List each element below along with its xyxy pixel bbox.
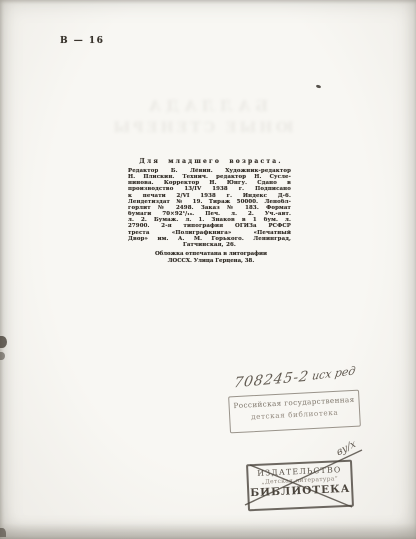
colophon-line: производство 13/IV 1938 г. Подписано xyxy=(128,186,291,192)
handwritten-inventory-number: 708245-2 xyxy=(233,369,310,392)
colophon-line: Гатчинская, 26. xyxy=(128,242,291,248)
cover-imprint: Обложка отпечатана в литографии ЛОССХ. У… xyxy=(128,251,294,264)
colophon-line: Двор» им. А. М. Горького. Ленинград, xyxy=(128,236,291,242)
colophon-line: 27900. 2-я типография ОГИЗа РСФСР xyxy=(128,223,291,229)
handwritten-inventory-note: исх ред xyxy=(311,364,356,383)
audience-note: Для младшего возраста. xyxy=(128,158,294,165)
publisher-stamp: ИЗДАТЕЛЬСТВО „Детская литература“ БИБЛИО… xyxy=(246,460,354,512)
scanned-page: В — 16 БАЛЛАДА ЮНЫЕ СТЕНЕРЫ Для младшего… xyxy=(0,0,416,539)
colophon-block: Редактор Б. Лёвин. Художник-редакторН. П… xyxy=(128,168,291,248)
show-through-text-line2: ЮНЫЕ СТЕНЕРЫ xyxy=(82,120,322,136)
library-stamp: Российская государственная детская библи… xyxy=(228,390,361,434)
cover-imprint-line2: ЛОССХ. Улица Герцена, 38. xyxy=(128,258,294,265)
handwritten-corner-mark: ву/х xyxy=(335,438,357,458)
edge-mark xyxy=(0,352,5,360)
cover-imprint-line1: Обложка отпечатана в литографии xyxy=(128,251,294,258)
print-code: В — 16 xyxy=(60,36,104,46)
show-through-text-line1: БАЛЛАДА xyxy=(138,97,274,115)
edge-mark xyxy=(0,336,7,348)
ink-speck xyxy=(316,84,322,88)
colophon-line: треста «Полиграфкнига» «Печатный xyxy=(128,230,291,236)
colophon-line: к печати 2/VI 1938 г. Индекс Д-6. xyxy=(128,193,291,199)
corner-speck xyxy=(0,528,6,537)
